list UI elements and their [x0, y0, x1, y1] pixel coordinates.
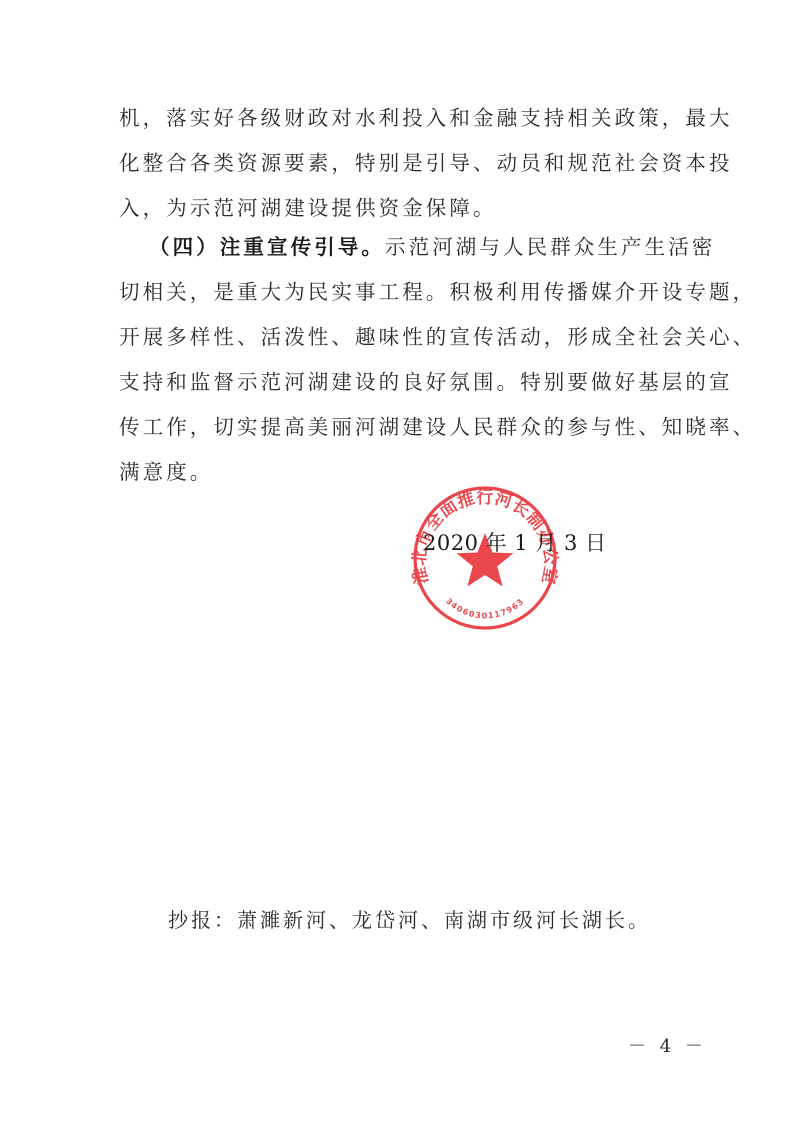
- svg-text:3406030117963: 3406030117963: [444, 596, 526, 620]
- cc-recipients: 抄报：萧濉新河、龙岱河、南湖市级河长湖长。: [168, 904, 651, 933]
- text-span: 示范河湖与人民群众生产生活密: [385, 235, 715, 259]
- text-line: 满意度。: [119, 450, 681, 495]
- text-line: 机，落实好各级财政对水利投入和金融支持相关政策，最大: [119, 96, 681, 141]
- section-heading: （四）注重宣传引导。: [149, 235, 385, 259]
- document-date: 2020 年 1 月 3 日: [423, 527, 607, 557]
- text-line: 化整合各类资源要素，特别是引导、动员和规范社会资本投: [119, 141, 681, 186]
- text-line: 切相关，是重大为民实事工程。积极利用传播媒介开设专题，: [119, 270, 681, 315]
- text-line: （四）注重宣传引导。示范河湖与人民群众生产生活密: [119, 225, 681, 270]
- seal-code: 3406030117963: [444, 596, 526, 620]
- text-line: 传工作，切实提高美丽河湖建设人民群众的参与性、知晓率、: [119, 405, 681, 450]
- text-line: 开展多样性、活泼性、趣味性的宣传活动，形成全社会关心、: [119, 315, 681, 360]
- document-page: 机，落实好各级财政对水利投入和金融支持相关政策，最大 化整合各类资源要素，特别是…: [0, 0, 793, 1121]
- paragraph-funding: 机，落实好各级财政对水利投入和金融支持相关政策，最大 化整合各类资源要素，特别是…: [119, 96, 681, 231]
- paragraph-publicity: （四）注重宣传引导。示范河湖与人民群众生产生活密 切相关，是重大为民实事工程。积…: [119, 225, 681, 495]
- official-seal-icon: 淮北市全面推行河长制办公室 3406030117963: [410, 483, 560, 633]
- text-line: 支持和监督示范河湖建设的良好氛围。特别要做好基层的宣: [119, 360, 681, 405]
- page-number: － 4 －: [628, 1032, 707, 1058]
